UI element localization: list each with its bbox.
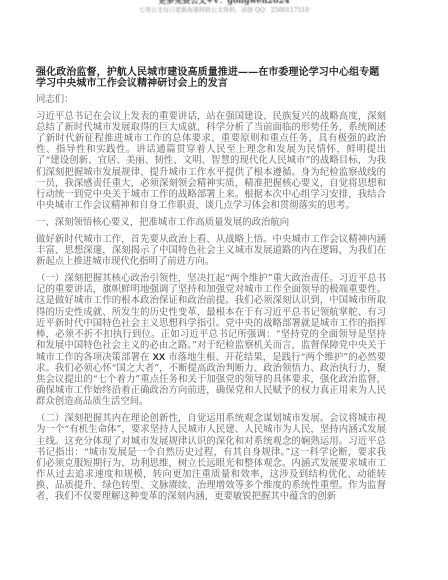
intro-paragraph: 习近平总书记在会议上发表的重要讲话，站在强国建设、民族复兴的战略高度，深刻总结了… — [36, 111, 386, 211]
document-title: 强化政治监督，护航人民城市建设高质量推进——在市委理论学习中心组专题学习中央城市… — [36, 67, 386, 89]
section-1-sub-1: （一）深刻把握其核心政治引领性，坚决扛起“两个维护”重大政治责任。习近平总书记的… — [36, 273, 386, 407]
greeting: 同志们： — [36, 94, 386, 105]
header-contact-line: 七哥公文每日更新海量时政公文资料，添加 QQ：2500117510 — [0, 5, 448, 14]
city-placeholder: XX — [153, 351, 166, 362]
document-body: 强化政治监督，护航人民城市建设高质量推进——在市委理论学习中心组专题学习中央城市… — [36, 67, 386, 502]
sub-1-text-a: （一）深刻把握其核心政治引领性，坚决扛起“两个维护”重大政治责任。习近平总书记的… — [36, 273, 386, 363]
document-page: 更多免费公文+V：gongwen2024 七哥公文每日更新海量时政公文资料，添加… — [0, 0, 448, 580]
section-1-intro: 做好新时代城市工作，首先要从政治上看、从战略上悟。中央城市工作会议精神内涵丰富、… — [36, 234, 386, 267]
section-1-sub-2: （二）深刻把握其内在理论创新性，自觉运用系统观念谋划城市发展。会议将城市视为一个… — [36, 413, 386, 502]
section-1-heading: 一、深刻领悟核心要义，把准城市工作高质量发展的政治航向 — [36, 217, 386, 228]
